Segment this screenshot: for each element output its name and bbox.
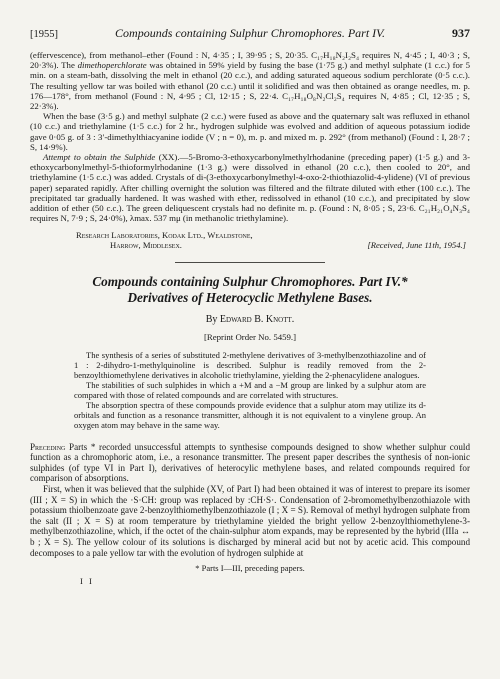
running-head-year: [1955] <box>30 29 82 40</box>
running-head-title: Compounds containing Sulphur Chromophore… <box>82 26 418 41</box>
reprint-order-note: [Reprint Order No. 5459.] <box>30 332 470 342</box>
paragraph-text: When the base (3·5 g.) and methyl sulpha… <box>30 111 470 152</box>
main-text: Preceding Parts * recorded unsuccessful … <box>30 442 470 559</box>
article-title-line-1: Compounds containing Sulphur Chromophore… <box>30 274 470 290</box>
abstract: The synthesis of a series of substituted… <box>74 351 426 430</box>
running-head: [1955] Compounds containing Sulphur Chro… <box>30 26 470 41</box>
footnote: * Parts I—III, preceding papers. <box>30 563 470 573</box>
lead-word-smallcaps: Preceding <box>30 442 65 452</box>
abstract-paragraph-1: The synthesis of a series of substituted… <box>74 351 426 381</box>
abstract-paragraph-2: The stabilities of such sulphides in whi… <box>74 381 426 401</box>
article-title-line-2: Derivatives of Heterocyclic Methylene Ba… <box>30 290 470 306</box>
section-divider <box>175 262 325 263</box>
journal-page: [1955] Compounds containing Sulphur Chro… <box>0 0 500 679</box>
abstract-paragraph-3: The absorption spectra of these compound… <box>74 401 426 431</box>
signature-mark: I I <box>80 576 470 586</box>
experiment-heading-italic: Attempt to obtain the Sulphide <box>43 152 155 162</box>
main-paragraph-1: Preceding Parts * recorded unsuccessful … <box>30 442 470 484</box>
byline-by: By <box>206 314 220 325</box>
paragraph-text: Parts * recorded unsuccessful attempts t… <box>30 442 470 484</box>
received-date: [Received, June 11th, 1954.] <box>367 240 466 250</box>
paragraph-experimental-3: Attempt to obtain the Sulphide (XX).—5-B… <box>30 152 470 223</box>
running-head-page-number: 937 <box>418 26 470 41</box>
paragraph-experimental-1: (effervescence), from methanol–ether (Fo… <box>30 50 470 111</box>
author-name: Edward B. Knott. <box>220 314 294 325</box>
address-block: Research Laboratories, Kodak Ltd., Weald… <box>30 230 470 250</box>
compound-name-italic: dimethoperchlorate <box>78 60 147 70</box>
byline: By Edward B. Knott. <box>30 314 470 325</box>
main-paragraph-2: First, when it was believed that the sul… <box>30 484 470 558</box>
paragraph-text: (XX).—5-Bromo-3-ethoxycarbonylmethylrhod… <box>30 152 470 223</box>
address-line-1: Research Laboratories, Kodak Ltd., Weald… <box>76 230 470 240</box>
paragraph-experimental-2: When the base (3·5 g.) and methyl sulpha… <box>30 111 470 152</box>
